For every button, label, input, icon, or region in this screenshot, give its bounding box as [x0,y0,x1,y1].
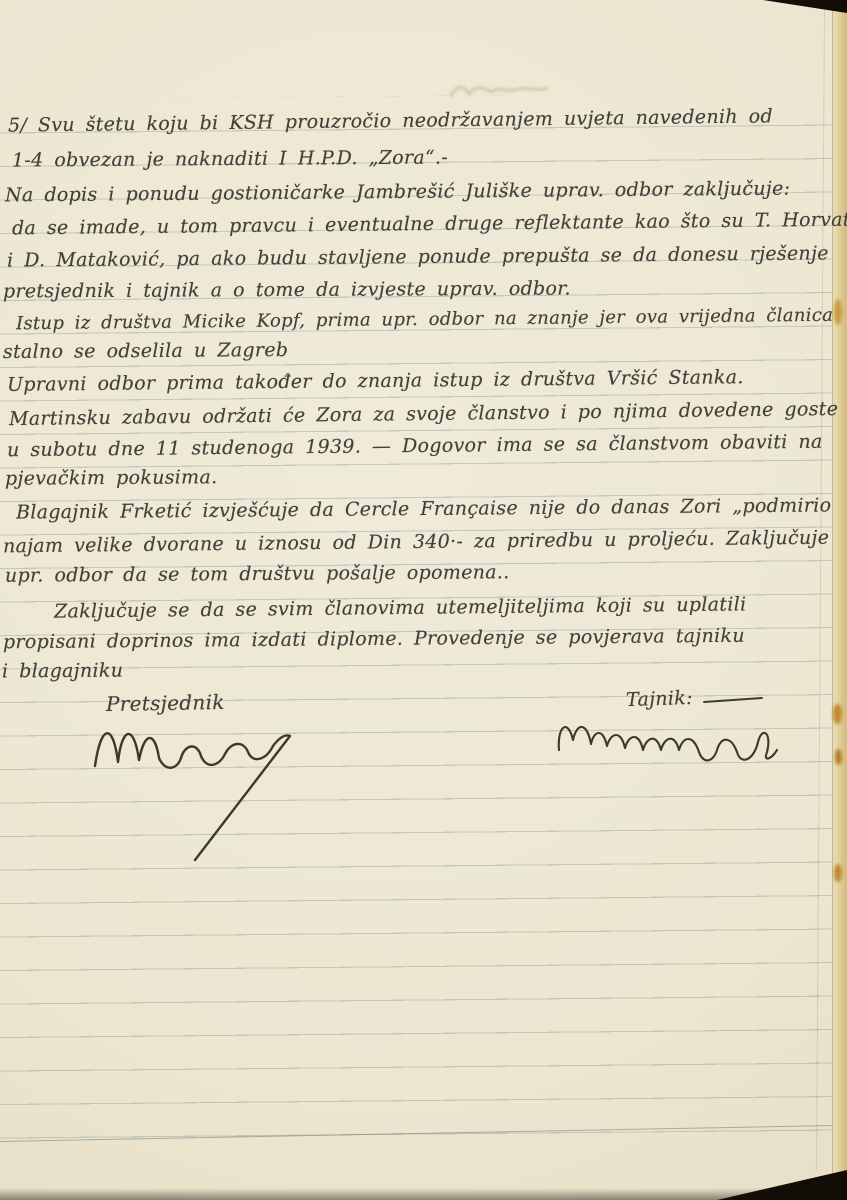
president-signature [85,714,315,864]
secretary-signature [553,706,788,764]
handwritten-line: pretsjednik i tajnik a o tome da izvjest… [3,280,571,302]
handwritten-line: stalno se odselila u Zagreb [3,341,288,362]
edge-stain [835,749,842,765]
edge-stain [834,864,842,882]
ink-bleed-through [445,76,555,106]
handwritten-line: 1-4 obvezan je naknaditi I H.P.D. „Zora“… [12,148,448,170]
edge-stain [833,704,842,724]
handwritten-line: pjevačkim pokusima. [5,468,218,488]
handwritten-line: i blagajniku [2,662,123,682]
photographed-notebook-page: 5/ Svu štetu koju bi KSH prouzročio neod… [0,0,847,1200]
president-label: Pretsjednik [106,692,225,714]
edge-stain [834,299,842,325]
book-fore-edge [832,4,847,1178]
photo-bottom-shadow [0,1188,847,1200]
handwritten-line: upr. odbor da se tom društvu pošalje opo… [5,563,510,586]
